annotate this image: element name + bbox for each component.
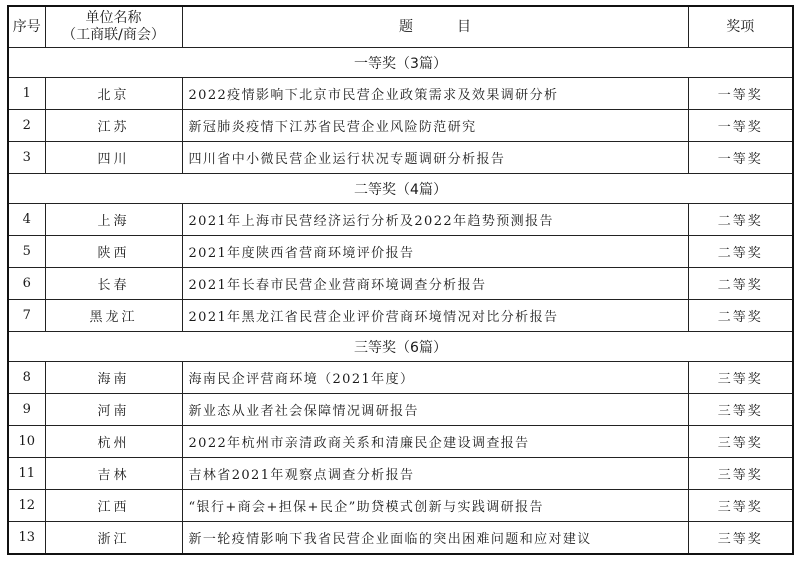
cell-award: 二等奖 — [688, 300, 793, 332]
cell-unit: 长春 — [45, 268, 182, 300]
section-row-second-prize: 二等奖（4篇） — [8, 174, 793, 204]
cell-serial: 4 — [8, 204, 45, 236]
section-label: 三等奖（6篇） — [8, 332, 793, 362]
table-row: 9 河南 新业态从业者社会保障情况调研报告 三等奖 — [8, 394, 793, 426]
table-row: 5 陕西 2021年度陕西省营商环境评价报告 二等奖 — [8, 236, 793, 268]
cell-award: 一等奖 — [688, 142, 793, 174]
cell-title: 四川省中小微民营企业运行状况专题调研分析报告 — [182, 142, 688, 174]
award-table: 序号 单位名称 （工商联/商会） 题目 奖项 一等奖（3篇） 1 北京 2022… — [7, 5, 794, 555]
cell-award: 三等奖 — [688, 394, 793, 426]
cell-title: 新冠肺炎疫情下江苏省民营企业风险防范研究 — [182, 110, 688, 142]
cell-title: 海南民企评营商环境（2021年度） — [182, 362, 688, 394]
cell-serial: 10 — [8, 426, 45, 458]
cell-title: 2022年杭州市亲清政商关系和清廉民企建设调查报告 — [182, 426, 688, 458]
header-unit-line1: 单位名称 — [46, 10, 182, 27]
header-title-char2: 目 — [457, 19, 471, 36]
header-serial-number: 序号 — [8, 6, 45, 48]
cell-serial: 1 — [8, 78, 45, 110]
table-row: 6 长春 2021年长春市民营企业营商环境调查分析报告 二等奖 — [8, 268, 793, 300]
cell-title: 2021年度陕西省营商环境评价报告 — [182, 236, 688, 268]
header-title-char1: 题 — [399, 19, 413, 36]
cell-award: 二等奖 — [688, 204, 793, 236]
cell-serial: 13 — [8, 522, 45, 555]
header-title: 题目 — [182, 6, 688, 48]
header-unit-name: 单位名称 （工商联/商会） — [45, 6, 182, 48]
cell-serial: 8 — [8, 362, 45, 394]
cell-award: 三等奖 — [688, 522, 793, 555]
header-award: 奖项 — [688, 6, 793, 48]
cell-unit: 海南 — [45, 362, 182, 394]
cell-award: 二等奖 — [688, 268, 793, 300]
cell-unit: 陕西 — [45, 236, 182, 268]
section-label: 一等奖（3篇） — [8, 48, 793, 78]
table-row: 13 浙江 新一轮疫情影响下我省民营企业面临的突出困难问题和应对建议 三等奖 — [8, 522, 793, 555]
table-row: 1 北京 2022疫情影响下北京市民营企业政策需求及效果调研分析 一等奖 — [8, 78, 793, 110]
table-row: 11 吉林 吉林省2021年观察点调查分析报告 三等奖 — [8, 458, 793, 490]
cell-unit: 上海 — [45, 204, 182, 236]
cell-award: 一等奖 — [688, 78, 793, 110]
table-row: 2 江苏 新冠肺炎疫情下江苏省民营企业风险防范研究 一等奖 — [8, 110, 793, 142]
table-row: 3 四川 四川省中小微民营企业运行状况专题调研分析报告 一等奖 — [8, 142, 793, 174]
cell-unit: 江苏 — [45, 110, 182, 142]
cell-serial: 5 — [8, 236, 45, 268]
cell-title: 2021年长春市民营企业营商环境调查分析报告 — [182, 268, 688, 300]
cell-serial: 7 — [8, 300, 45, 332]
cell-title: 吉林省2021年观察点调查分析报告 — [182, 458, 688, 490]
cell-award: 三等奖 — [688, 362, 793, 394]
cell-title: “银行+商会+担保+民企”助贷模式创新与实践调研报告 — [182, 490, 688, 522]
cell-serial: 12 — [8, 490, 45, 522]
cell-title: 新一轮疫情影响下我省民营企业面临的突出困难问题和应对建议 — [182, 522, 688, 555]
header-unit-line2: （工商联/商会） — [46, 27, 182, 44]
cell-award: 三等奖 — [688, 458, 793, 490]
cell-serial: 9 — [8, 394, 45, 426]
table-row: 10 杭州 2022年杭州市亲清政商关系和清廉民企建设调查报告 三等奖 — [8, 426, 793, 458]
cell-award: 一等奖 — [688, 110, 793, 142]
cell-unit: 四川 — [45, 142, 182, 174]
table-row: 12 江西 “银行+商会+担保+民企”助贷模式创新与实践调研报告 三等奖 — [8, 490, 793, 522]
cell-title: 2021年黑龙江省民营企业评价营商环境情况对比分析报告 — [182, 300, 688, 332]
cell-award: 二等奖 — [688, 236, 793, 268]
cell-title: 2022疫情影响下北京市民营企业政策需求及效果调研分析 — [182, 78, 688, 110]
cell-serial: 11 — [8, 458, 45, 490]
cell-award: 三等奖 — [688, 426, 793, 458]
cell-unit: 吉林 — [45, 458, 182, 490]
cell-award: 三等奖 — [688, 490, 793, 522]
cell-title: 2021年上海市民营经济运行分析及2022年趋势预测报告 — [182, 204, 688, 236]
cell-unit: 浙江 — [45, 522, 182, 555]
section-label: 二等奖（4篇） — [8, 174, 793, 204]
cell-unit: 江西 — [45, 490, 182, 522]
cell-unit: 杭州 — [45, 426, 182, 458]
cell-serial: 3 — [8, 142, 45, 174]
cell-unit: 河南 — [45, 394, 182, 426]
cell-serial: 6 — [8, 268, 45, 300]
cell-unit: 黑龙江 — [45, 300, 182, 332]
section-row-third-prize: 三等奖（6篇） — [8, 332, 793, 362]
table-row: 8 海南 海南民企评营商环境（2021年度） 三等奖 — [8, 362, 793, 394]
cell-serial: 2 — [8, 110, 45, 142]
table-header-row: 序号 单位名称 （工商联/商会） 题目 奖项 — [8, 6, 793, 48]
cell-title: 新业态从业者社会保障情况调研报告 — [182, 394, 688, 426]
section-row-first-prize: 一等奖（3篇） — [8, 48, 793, 78]
table-row: 4 上海 2021年上海市民营经济运行分析及2022年趋势预测报告 二等奖 — [8, 204, 793, 236]
cell-unit: 北京 — [45, 78, 182, 110]
table-row: 7 黑龙江 2021年黑龙江省民营企业评价营商环境情况对比分析报告 二等奖 — [8, 300, 793, 332]
